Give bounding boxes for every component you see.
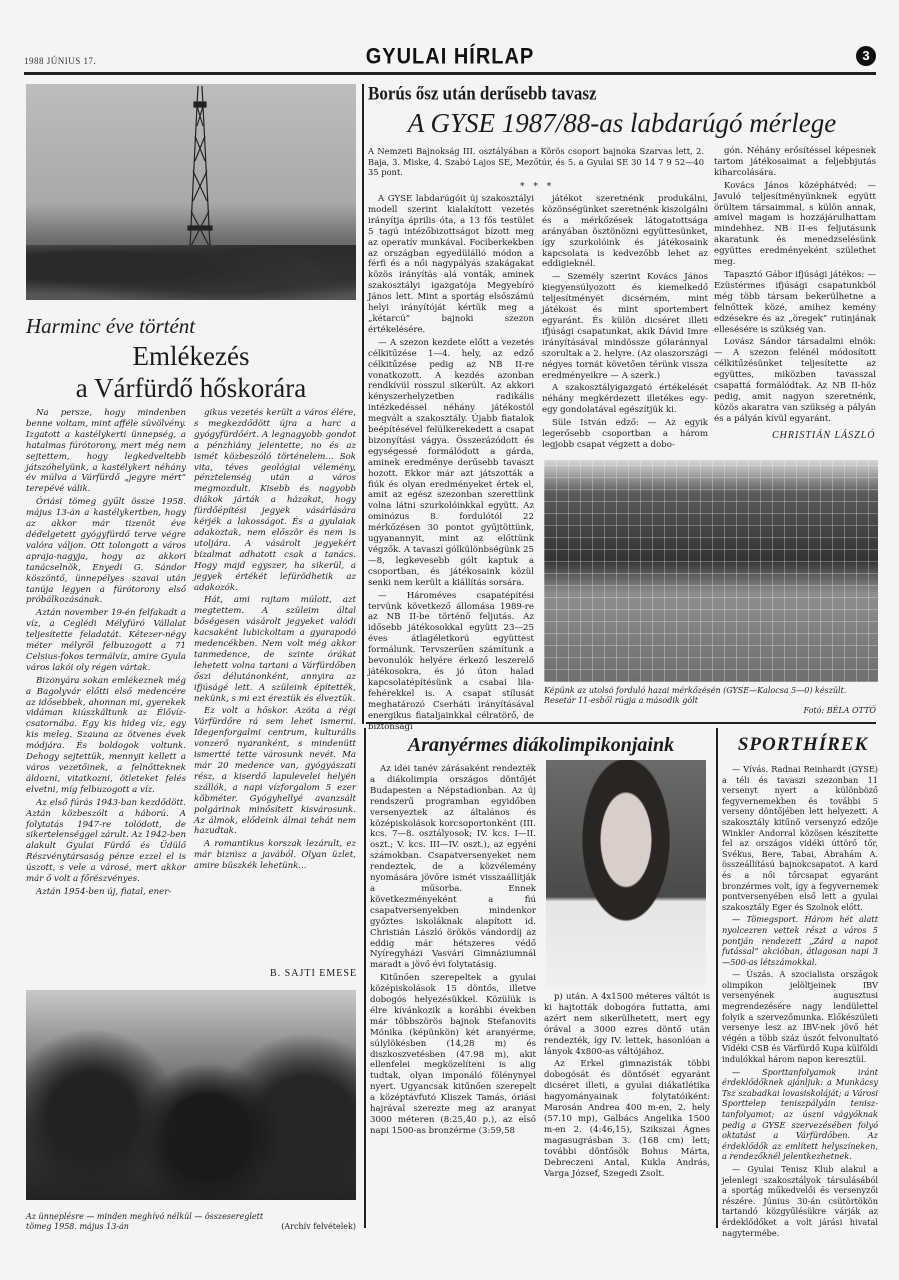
football-article-column-1: A GYSE labdarúgóit új szakosztályi model… [368, 194, 534, 734]
paragraph: gón. Néhány erősítéssel képesnek tartom … [714, 146, 876, 179]
football-article-column-2: játékot szeretnénk produkálni, közönségü… [542, 194, 708, 453]
masthead: 1988 JÚNIUS 17. GYULAI HÍRLAP 3 [24, 46, 876, 70]
paragraph: Hát, ami rajtam múlott, azt megtettem. A… [194, 595, 356, 704]
paragraph: Az idei tanév zárásaként rendezték a diá… [370, 764, 536, 971]
paragraph: Na persze, hogy mindenben benne voltam, … [26, 408, 186, 495]
gold-article-column-2: p) után. A 4x1500 méteres váltót is ki h… [544, 992, 710, 1181]
paragraph: Aztán november 19-én felfakadt a víz, a … [26, 608, 186, 673]
paragraph: Kitűnően szerepeltek a gyulai középiskol… [370, 973, 536, 1137]
paragraph: Kovács János középhátvéd: — Javuló telje… [714, 181, 876, 268]
paragraph: Bizonyára sokan emlékeznek még a Bagolyv… [26, 676, 186, 796]
spa-article-title-line2: a Várfürdő hőskorára [26, 372, 356, 404]
crowd-photo-caption: Az ünneplésre — minden meghívó nélkül — … [26, 1212, 276, 1232]
football-article-title: A GYSE 1987/88-as labdarúgó mérlege [368, 108, 876, 139]
football-article-kicker: Borús ősz után derűsebb tavasz [368, 83, 597, 105]
paragraph: Az első fúrás 1943-ban kezdődött. Aztán … [26, 798, 186, 885]
paragraph: gikus vezetés került a város élére, s me… [194, 408, 356, 593]
paragraph: Lovász Sándor társadalmi elnök: — A szez… [714, 337, 876, 424]
photo-credit: Fotó: BÉLA OTTÓ [780, 706, 876, 716]
paragraph: — Személy szerint Kovács János kiegyensú… [542, 272, 708, 381]
paragraph: A GYSE labdarúgóit új szakosztályi model… [368, 194, 534, 336]
match-photo-caption: Képünk az utolsó forduló hazai mérkőzésé… [544, 686, 878, 706]
paragraph: — Hároméves csapatépítési tervünk követk… [368, 591, 534, 733]
newspaper-title: GYULAI HÍRLAP [24, 45, 876, 70]
football-match-photo [544, 460, 878, 682]
paragraph: Tapasztó Gábor ifjúsági játékos: — Ezüst… [714, 270, 876, 335]
paragraph: Óriási tömeg gyűlt össze 1958. május 13-… [26, 497, 186, 606]
page-number-badge: 3 [856, 46, 876, 66]
news-item: — Úszás. A szocialista országok olimpiko… [722, 969, 878, 1064]
spa-article-title-line1: Emlékezés [26, 340, 356, 372]
gold-article-title: Aranyérmes diákolimpikonjaink [366, 734, 716, 757]
paragraph: Aztán 1954-ben új, fiatal, ener- [26, 887, 186, 898]
news-item: — Gyulai Tenisz Klub alakul a jelenlegi … [722, 1164, 878, 1238]
news-item: — Vívás. Radnai Reinhardt (GYSE) a téli … [722, 764, 878, 912]
student-portrait-photo [546, 760, 706, 988]
section-rule [366, 722, 876, 724]
paragraph: Ez volt a hőskor. Azóta a régi Várfürdőr… [194, 706, 356, 837]
goal-net [544, 460, 878, 682]
paragraph: A szakosztályigazgató értékelését néhány… [542, 383, 708, 416]
column-divider [364, 728, 366, 1228]
spa-article-column-1: Na persze, hogy mindenben benne voltam, … [26, 408, 186, 900]
spa-article-kicker: Harminc éve történt [26, 314, 195, 339]
paragraph: játékot szeretnénk produkálni, közönségü… [542, 194, 708, 270]
archive-credit: (Archív felvételek) [262, 1222, 356, 1232]
spa-article-column-2: gikus vezetés került a város élére, s me… [194, 408, 356, 874]
football-article-byline: CHRISTIÁN LÁSZLÓ [772, 430, 876, 441]
paragraph: — A szezon kezdete előtt a vezetés célki… [368, 338, 534, 589]
crowd-1958-photo [26, 990, 356, 1200]
paragraph: A romantikus korszak lezárult, ez már bi… [194, 839, 356, 872]
drilling-tower-photo [26, 84, 356, 300]
tree-line [26, 245, 356, 300]
news-item: — Sporttanfolyamok iránt érdeklődőknek a… [722, 1067, 878, 1162]
sports-news-title: SPORTHÍREK [730, 734, 876, 756]
spa-article-byline: B. SAJTI EMESE [270, 968, 357, 979]
paragraph: Az Erkel gimnazisták többi dobogósát és … [544, 1059, 710, 1179]
column-divider [716, 728, 718, 1228]
news-item: — Tömegsport. Három hét alatt nyolcezren… [722, 914, 878, 967]
masthead-rule [24, 72, 876, 75]
football-article-lead: A Nemzeti Bajnokság III. osztályában a K… [368, 146, 704, 178]
football-article-column-3: gón. Néhány erősítéssel képesnek tartom … [714, 146, 876, 427]
sports-news-column: — Vívás. Radnai Reinhardt (GYSE) a téli … [722, 764, 878, 1240]
paragraph: p) után. A 4x1500 méteres váltót is ki h… [544, 992, 710, 1057]
paragraph: Süle István edző: — Az egyik legerősebb … [542, 418, 708, 451]
gold-article-column-1: Az idei tanév zárásaként rendezték a diá… [370, 764, 536, 1139]
column-divider [362, 84, 364, 724]
section-separator: * * * [520, 182, 554, 192]
